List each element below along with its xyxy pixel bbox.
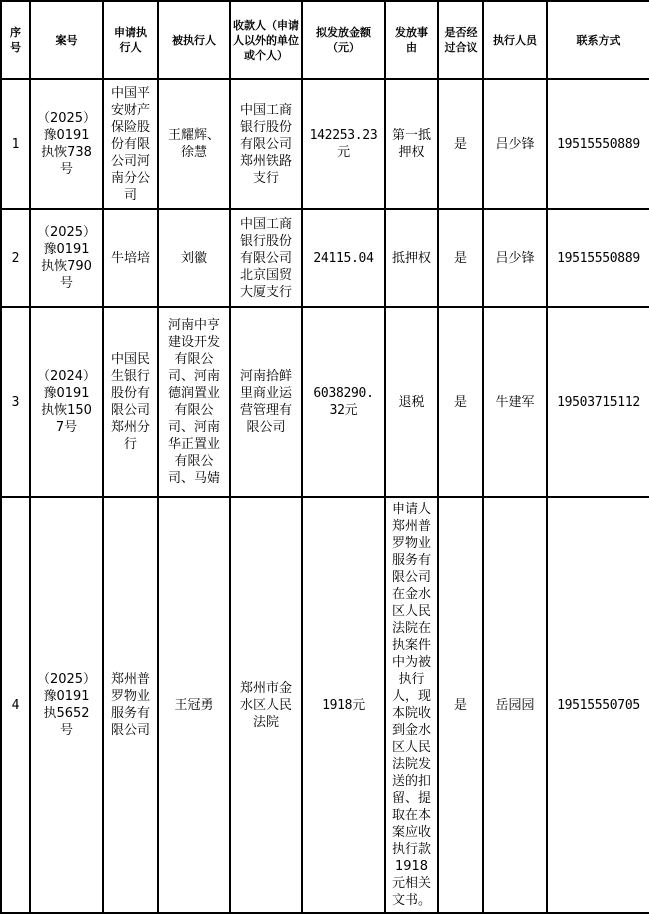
cell-reason: 退税 — [385, 307, 438, 497]
cell-index: 2 — [1, 209, 30, 307]
cell-meeting: 是 — [438, 307, 483, 497]
header-meeting: 是否经过合议 — [438, 1, 483, 79]
cell-amount: 142253.23元 — [302, 79, 385, 209]
case-year: （2024） — [32, 368, 101, 385]
header-applicant: 申请执行人 — [103, 1, 158, 79]
cell-case-no: （2025） 豫0191执恢790号 — [30, 209, 103, 307]
cell-index: 1 — [1, 79, 30, 209]
cell-payee: 中国工商银行股份有限公司北京国贸大厦支行 — [230, 209, 302, 307]
cell-meeting: 是 — [438, 79, 483, 209]
case-number: 豫0191执5652号 — [38, 688, 96, 739]
header-row: 序号 案号 申请执行人 被执行人 收款人（申请人以外的单位或个人） 拟发放金额（… — [1, 1, 649, 79]
header-index: 序号 — [1, 1, 30, 79]
cell-case-no: （2024） 豫0191执恢1507号 — [30, 307, 103, 497]
cell-applicant: 中国平安财产保险股份有限公司河南分公司 — [103, 79, 158, 209]
header-case-no: 案号 — [30, 1, 103, 79]
cell-meeting: 是 — [438, 209, 483, 307]
cell-index: 3 — [1, 307, 30, 497]
header-contact: 联系方式 — [547, 1, 649, 79]
cell-reason: 申请人郑州普罗物业服务有限公司在金水区人民法院在执案件中为被执行人，现本院收到金… — [385, 497, 438, 913]
case-number: 豫0191执恢738号 — [38, 127, 96, 178]
header-amount: 拟发放金额（元） — [302, 1, 385, 79]
cell-contact: 19515550889 — [547, 79, 649, 209]
cell-amount: 1918元 — [302, 497, 385, 913]
cell-contact: 19503715112 — [547, 307, 649, 497]
case-year: （2025） — [32, 110, 101, 127]
cell-amount: 24115.04 — [302, 209, 385, 307]
cell-contact: 19515550705 — [547, 497, 649, 913]
cell-applicant: 郑州普罗物业服务有限公司 — [103, 497, 158, 913]
cell-case-no: （2025） 豫0191执5652号 — [30, 497, 103, 913]
case-number: 豫0191执恢1507号 — [38, 385, 96, 436]
cell-officer: 岳园园 — [483, 497, 547, 913]
header-respondent: 被执行人 — [158, 1, 230, 79]
cell-meeting: 是 — [438, 497, 483, 913]
cell-payee: 中国工商银行股份有限公司郑州铁路支行 — [230, 79, 302, 209]
case-number: 豫0191执恢790号 — [38, 241, 96, 292]
cell-applicant: 中国民生银行股份有限公司郑州分行 — [103, 307, 158, 497]
header-payee: 收款人（申请人以外的单位或个人） — [230, 1, 302, 79]
cell-amount: 6038290.32元 — [302, 307, 385, 497]
table-row: 4 （2025） 豫0191执5652号 郑州普罗物业服务有限公司 王冠勇 郑州… — [1, 497, 649, 913]
cell-reason: 抵押权 — [385, 209, 438, 307]
cell-applicant: 牛培培 — [103, 209, 158, 307]
table-row: 2 （2025） 豫0191执恢790号 牛培培 刘徽 中国工商银行股份有限公司… — [1, 209, 649, 307]
cell-payee: 河南拾鲜里商业运营管理有限公司 — [230, 307, 302, 497]
cell-index: 4 — [1, 497, 30, 913]
cell-respondent: 王耀辉、徐慧 — [158, 79, 230, 209]
cell-reason: 第一抵押权 — [385, 79, 438, 209]
cell-contact: 19515550889 — [547, 209, 649, 307]
table-row: 3 （2024） 豫0191执恢1507号 中国民生银行股份有限公司郑州分行 河… — [1, 307, 649, 497]
disbursement-table: 序号 案号 申请执行人 被执行人 收款人（申请人以外的单位或个人） 拟发放金额（… — [0, 0, 649, 914]
cell-officer: 吕少锋 — [483, 79, 547, 209]
header-reason: 发放事由 — [385, 1, 438, 79]
cell-respondent: 刘徽 — [158, 209, 230, 307]
cell-respondent: 河南中亨建设开发有限公司、河南德润置业有限公司、河南华正置业有限公司、马婧 — [158, 307, 230, 497]
case-year: （2025） — [32, 671, 101, 688]
table-row: 1 （2025） 豫0191执恢738号 中国平安财产保险股份有限公司河南分公司… — [1, 79, 649, 209]
case-year: （2025） — [32, 224, 101, 241]
cell-respondent: 王冠勇 — [158, 497, 230, 913]
cell-case-no: （2025） 豫0191执恢738号 — [30, 79, 103, 209]
header-officer: 执行人员 — [483, 1, 547, 79]
cell-payee: 郑州市金水区人民法院 — [230, 497, 302, 913]
cell-officer: 吕少锋 — [483, 209, 547, 307]
cell-officer: 牛建军 — [483, 307, 547, 497]
